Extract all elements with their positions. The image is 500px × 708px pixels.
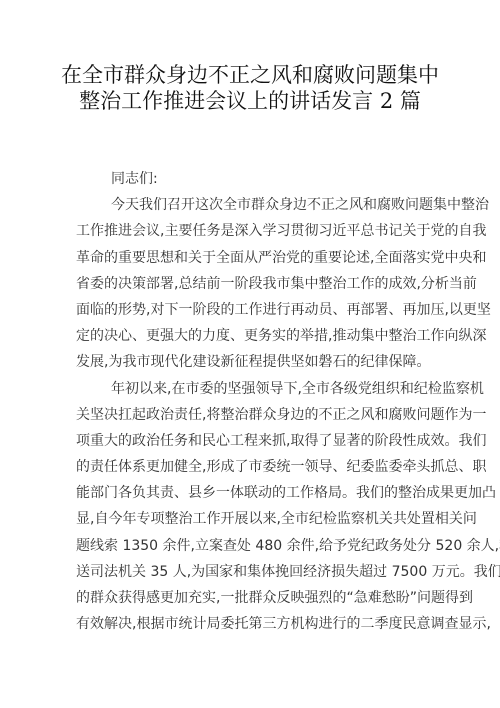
paragraph-1: 今天我们召开这次全市群众身边不正之风和腐败问题集中整治 工作推进会议,主要任务是… xyxy=(76,192,430,375)
paragraph-line: 年初以来,在市委的坚强领导下,全市各级党组织和纪检监察机 xyxy=(76,376,430,402)
paragraph-line: 题线索 1350 余件,立案查处 480 余件,给予党纪政务处分 520 余人,… xyxy=(76,533,430,559)
paragraph-line: 关坚决扛起政治责任,将整治群众身边的不正之风和腐败问题作为一 xyxy=(76,402,430,428)
paragraph-line: 定的决心、更强大的力度、更务实的举措,推动集中整治工作向纵深 xyxy=(76,323,430,349)
paragraph-line: 今天我们召开这次全市群众身边不正之风和腐败问题集中整治 xyxy=(76,192,430,218)
paragraph-line: 工作推进会议,主要任务是深入学习贯彻习近平总书记关于党的自我 xyxy=(76,218,430,244)
paragraph-line: 发展,为我市现代化建设新征程提供坚如磐石的纪律保障。 xyxy=(76,349,430,375)
paragraph-line: 显,自今年专项整治工作开展以来,全市纪检监察机关共处置相关问 xyxy=(76,506,430,532)
paragraph-line: 有效解决,根据市统计局委托第三方机构进行的二季度民意调查显示, xyxy=(76,611,430,637)
title-line-1: 在全市群众身边不正之风和腐败问题集中 xyxy=(40,62,460,88)
title-line-2: 整治工作推进会议上的讲话发言 2 篇 xyxy=(40,88,460,114)
document-body: 同志们: 今天我们召开这次全市群众身边不正之风和腐败问题集中整治 工作推进会议,… xyxy=(76,166,430,637)
document-page: 在全市群众身边不正之风和腐败问题集中 整治工作推进会议上的讲话发言 2 篇 同志… xyxy=(0,0,500,708)
paragraph-line: 革命的重要思想和关于全面从严治党的重要论述,全面落实党中央和 xyxy=(76,245,430,271)
paragraph-line: 省委的决策部署,总结前一阶段我市集中整治工作的成效,分析当前 xyxy=(76,271,430,297)
paragraph-line: 的群众获得感更加充实,一批群众反映强烈的“急难愁盼”问题得到 xyxy=(76,585,430,611)
paragraph-line: 项重大的政治任务和民心工程来抓,取得了显著的阶段性成效。我们 xyxy=(76,428,430,454)
document-title: 在全市群众身边不正之风和腐败问题集中 整治工作推进会议上的讲话发言 2 篇 xyxy=(40,62,460,114)
greeting: 同志们: xyxy=(76,166,430,192)
paragraph-2: 年初以来,在市委的坚强领导下,全市各级党组织和纪检监察机 关坚决扛起政治责任,将… xyxy=(76,376,430,638)
paragraph-line: 能部门各负其责、县乡一体联动的工作格局。我们的整治成果更加凸 xyxy=(76,480,430,506)
paragraph-line: 面临的形势,对下一阶段的工作进行再动员、再部署、再加压,以更坚 xyxy=(76,297,430,323)
paragraph-line: 的责任体系更加健全,形成了市委统一领导、纪委监委牵头抓总、职 xyxy=(76,454,430,480)
paragraph-line: 送司法机关 35 人,为国家和集体挽回经济损失超过 7500 万元。我们 xyxy=(76,559,430,585)
